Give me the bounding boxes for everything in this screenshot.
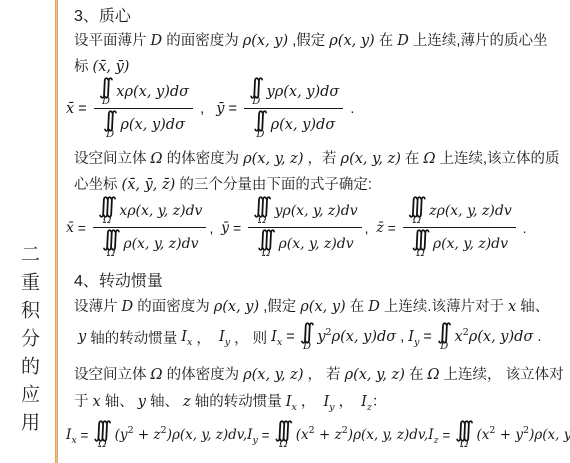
text-run: . bbox=[533, 329, 541, 345]
text-run: ，若 bbox=[303, 147, 340, 168]
triple-integral-icon: ∫∫∫Ω bbox=[257, 229, 276, 259]
fraction: ∫∫Dxρ(x, y)dσ∫∫Dρ(x, y)dσ bbox=[94, 77, 193, 140]
fraction: ∫∫∫Ωzρ(x, y, z)dv∫∫∫Ωρ(x, y, z)dv bbox=[403, 196, 516, 259]
math-var: z̄ bbox=[376, 220, 383, 236]
math-var: ρ(x, y, z) bbox=[341, 151, 401, 167]
text-run: 轴、 bbox=[146, 390, 183, 411]
triple-integral-icon: ∫∫∫Ω bbox=[98, 196, 117, 226]
text-run: 在 bbox=[401, 147, 424, 168]
text-run: 的面密度为 bbox=[162, 29, 243, 50]
text-run: 上连续,该立体的质 bbox=[436, 147, 560, 168]
math-supscripted: x2 bbox=[455, 329, 469, 345]
math-subscripted: Iz bbox=[361, 394, 372, 410]
para-inertia-solid-line2: 于 x 轴、 y 轴、 z 轴的转动惯量 Ix ， Iy ， Iz： bbox=[74, 390, 386, 411]
para-plate-density-line1: 设平面薄片 D 的面密度为 ρ(x, y) ,假定 ρ(x, y) 在 D 上连… bbox=[74, 29, 547, 50]
text-run: , bbox=[196, 101, 216, 117]
math-var: ρ(x, y, z) bbox=[243, 367, 303, 383]
math-var: )ρ(x, y, z)dv, bbox=[167, 427, 247, 443]
math-var: D bbox=[368, 299, 380, 315]
math-var: ȳ bbox=[216, 101, 224, 117]
math-var: ρ(x, y) bbox=[300, 299, 345, 315]
text-run: ,假定 bbox=[259, 295, 300, 316]
math-subscripted: Iy bbox=[408, 329, 419, 345]
math-var: Ω bbox=[151, 367, 163, 383]
math-var: + bbox=[495, 427, 515, 443]
text-run: = bbox=[419, 329, 436, 345]
math-supscripted: y2 bbox=[515, 427, 529, 443]
math-var: ρ(x, y)dσ bbox=[120, 117, 185, 133]
math-var: D bbox=[397, 33, 409, 49]
math-var: )ρ(x, y, z)dv, bbox=[348, 427, 428, 443]
fraction: ∫∫Dyρ(x, y)dσ∫∫Dρ(x, y)dσ bbox=[244, 77, 343, 140]
text-run: 4、转动惯量 bbox=[74, 268, 163, 291]
double-integral-icon: ∫∫D bbox=[249, 77, 264, 107]
math-supscripted: z2 bbox=[335, 427, 348, 443]
math-supscripted: y2 bbox=[120, 427, 134, 443]
triple-integral-icon: ∫∫∫Ω bbox=[253, 196, 272, 226]
text-run: = bbox=[229, 220, 245, 236]
text-run: 轴、 bbox=[516, 295, 549, 316]
text-run: 上连续.该薄片对于 bbox=[380, 295, 508, 316]
para-plate-density-line2: 标 (x̄, ȳ) bbox=[74, 55, 129, 76]
math-subscripted: Ix bbox=[181, 329, 192, 345]
math-var: ρ(x, y) bbox=[214, 299, 259, 315]
text-run: ， 若 bbox=[303, 363, 344, 384]
double-integral-icon: ∫∫D bbox=[437, 322, 452, 352]
math-var: + bbox=[134, 427, 154, 443]
math-var: y bbox=[78, 329, 86, 345]
text-run: ： bbox=[372, 390, 387, 411]
text-run: 设空间立体 bbox=[74, 147, 151, 168]
text-run: = bbox=[384, 220, 400, 236]
text-run: , bbox=[209, 220, 221, 236]
math-supscripted: y2 bbox=[317, 329, 331, 345]
text-run: = bbox=[77, 428, 92, 443]
para-solid-density-line2: 心坐标 (x̄, ȳ, z̄) 的三个分量由下面的式子确定: bbox=[74, 173, 372, 194]
text-run: = bbox=[282, 329, 299, 345]
math-var: x̄ bbox=[66, 101, 74, 117]
text-run: 的三个分量由下面的式子确定: bbox=[175, 173, 372, 194]
math-var: (x̄, ȳ, z̄) bbox=[122, 177, 176, 193]
math-var: yρ(x, y)dσ bbox=[267, 84, 340, 100]
math-var: D bbox=[122, 299, 134, 315]
text-run: 的体密度为 bbox=[163, 147, 244, 168]
math-supscripted: x2 bbox=[482, 427, 496, 443]
math-subscripted: Iz bbox=[428, 427, 438, 443]
math-var: x bbox=[93, 394, 101, 410]
math-var: D bbox=[151, 33, 163, 49]
math-subscripted: Iy bbox=[219, 329, 230, 345]
math-var: xρ(x, y, z)dv bbox=[119, 203, 202, 219]
text-run: 轴的转动惯量 bbox=[191, 390, 286, 411]
math-var: ρ(x, y) bbox=[243, 33, 288, 49]
double-integral-icon: ∫∫D bbox=[103, 110, 118, 140]
para-solid-density-line1: 设空间立体 Ω 的体密度为 ρ(x, y, z) ，若 ρ(x, y, z) 在… bbox=[74, 147, 560, 168]
double-integral-icon: ∫∫D bbox=[99, 77, 114, 107]
math-var: ρ(x, y, z)dv bbox=[123, 236, 198, 252]
math-var: ρ(x, y, z) bbox=[243, 151, 303, 167]
triple-integral-icon: ∫∫∫Ω bbox=[408, 196, 427, 226]
math-var: ρ(x, y) bbox=[329, 33, 374, 49]
text-run: = bbox=[74, 220, 90, 236]
math-supscripted: x2 bbox=[301, 427, 315, 443]
formula-centroid-3d: x̄ = ∫∫∫Ωxρ(x, y, z)dv∫∫∫Ωρ(x, y, z)dv, … bbox=[66, 196, 527, 259]
math-var: ρ(x, y, z)dv bbox=[279, 236, 354, 252]
math-supscripted: z2 bbox=[154, 427, 167, 443]
text-run: 在 bbox=[375, 29, 398, 50]
triple-integral-icon: ∫∫∫Ω bbox=[455, 420, 474, 450]
double-integral-icon: ∫∫D bbox=[300, 322, 315, 352]
math-var: yρ(x, y, z)dv bbox=[275, 203, 358, 219]
math-var: z bbox=[183, 394, 191, 410]
para-inertia-solid-line1: 设空间立体 Ω 的体密度为 ρ(x, y, z) ， 若 ρ(x, y, z) … bbox=[74, 363, 564, 384]
text-run: ， bbox=[335, 390, 362, 411]
text-run: 标 bbox=[74, 55, 93, 76]
formula-inertia-2d: y 轴的转动惯量 Ix ， Iy ， 则 Ix = ∫∫Dy2ρ(x, y)dσ… bbox=[78, 322, 541, 352]
text-run: 的面密度为 bbox=[133, 295, 214, 316]
math-var: Ω bbox=[428, 367, 440, 383]
triple-integral-icon: ∫∫∫Ω bbox=[102, 229, 121, 259]
text-run: 轴的转动惯量 bbox=[86, 327, 181, 348]
text-run: 于 bbox=[74, 390, 93, 411]
math-var: x bbox=[508, 299, 516, 315]
text-run: 在 bbox=[405, 363, 428, 384]
text-run: = bbox=[224, 101, 241, 117]
text-run: = bbox=[439, 428, 454, 443]
math-var: ρ(x, y)dσ bbox=[332, 329, 397, 345]
text-run: 在 bbox=[346, 295, 369, 316]
text-run: 心坐标 bbox=[74, 173, 122, 194]
math-var: Ω bbox=[151, 151, 163, 167]
sidebar-accent-rule bbox=[55, 0, 58, 463]
double-integral-icon: ∫∫D bbox=[253, 110, 268, 140]
math-var: (x̄, ȳ) bbox=[93, 59, 130, 75]
text-run: 设薄片 bbox=[74, 295, 122, 316]
math-var: + bbox=[315, 427, 335, 443]
math-var: Ω bbox=[423, 151, 435, 167]
math-subscripted: Ix bbox=[271, 329, 282, 345]
heading-centroid: 3、质心 bbox=[74, 3, 131, 26]
triple-integral-icon: ∫∫∫Ω bbox=[411, 229, 430, 259]
math-var: ρ(x, y, z) bbox=[345, 367, 405, 383]
text-run: , bbox=[365, 220, 377, 236]
text-run: ， bbox=[297, 390, 324, 411]
math-var: zρ(x, y, z)dv bbox=[429, 203, 512, 219]
text-run: 的体密度为 bbox=[163, 363, 244, 384]
sidebar-vertical-title: 二重积分的应用 bbox=[15, 244, 42, 440]
text-run: 上连续， 该立体对 bbox=[440, 363, 564, 384]
formula-centroid-2d: x̄ = ∫∫Dxρ(x, y)dσ∫∫Dρ(x, y)dσ , ȳ = ∫∫D… bbox=[66, 77, 354, 140]
text-run: 设平面薄片 bbox=[74, 29, 151, 50]
text-run: . bbox=[346, 101, 354, 117]
text-run: ， 则 bbox=[230, 327, 271, 348]
triple-integral-icon: ∫∫∫Ω bbox=[274, 420, 293, 450]
text-run: , bbox=[396, 329, 408, 345]
math-var: y bbox=[138, 394, 146, 410]
math-var: xρ(x, y)dσ bbox=[116, 84, 189, 100]
text-run: 3、质心 bbox=[74, 3, 131, 26]
text-run: ,假定 bbox=[288, 29, 329, 50]
text-run: ， bbox=[192, 327, 219, 348]
para-inertia-plate-line1: 设薄片 D 的面密度为 ρ(x, y) ,假定 ρ(x, y) 在 D 上连续.… bbox=[74, 295, 549, 316]
fraction: ∫∫∫Ωyρ(x, y, z)dv∫∫∫Ωρ(x, y, z)dv bbox=[248, 196, 362, 259]
text-run: 设空间立体 bbox=[74, 363, 151, 384]
math-subscripted: Iy bbox=[247, 427, 258, 443]
math-subscripted: Ix bbox=[66, 427, 77, 443]
math-var: ȳ bbox=[221, 220, 229, 236]
heading-moment-of-inertia: 4、转动惯量 bbox=[74, 268, 163, 291]
text-run: = bbox=[74, 101, 91, 117]
math-var: ρ(x, y)dσ bbox=[469, 329, 534, 345]
math-var: )ρ(x, y, z)dv bbox=[529, 427, 570, 443]
text-run: = bbox=[258, 428, 273, 443]
fraction: ∫∫∫Ωxρ(x, y, z)dv∫∫∫Ωρ(x, y, z)dv bbox=[93, 196, 207, 259]
text-run: 上连续,薄片的质心坐 bbox=[409, 29, 548, 50]
math-var: ρ(x, y)dσ bbox=[271, 117, 336, 133]
triple-integral-icon: ∫∫∫Ω bbox=[93, 420, 112, 450]
text-run: . bbox=[519, 220, 527, 236]
math-subscripted: Iy bbox=[323, 394, 334, 410]
text-run: 轴、 bbox=[101, 390, 138, 411]
math-var: ρ(x, y, z)dv bbox=[433, 236, 508, 252]
formula-inertia-3d: Ix = ∫∫∫Ω(y2 + z2)ρ(x, y, z)dv,Iy = ∫∫∫Ω… bbox=[66, 420, 570, 450]
math-var: x̄ bbox=[66, 220, 74, 236]
math-subscripted: Ix bbox=[286, 394, 297, 410]
